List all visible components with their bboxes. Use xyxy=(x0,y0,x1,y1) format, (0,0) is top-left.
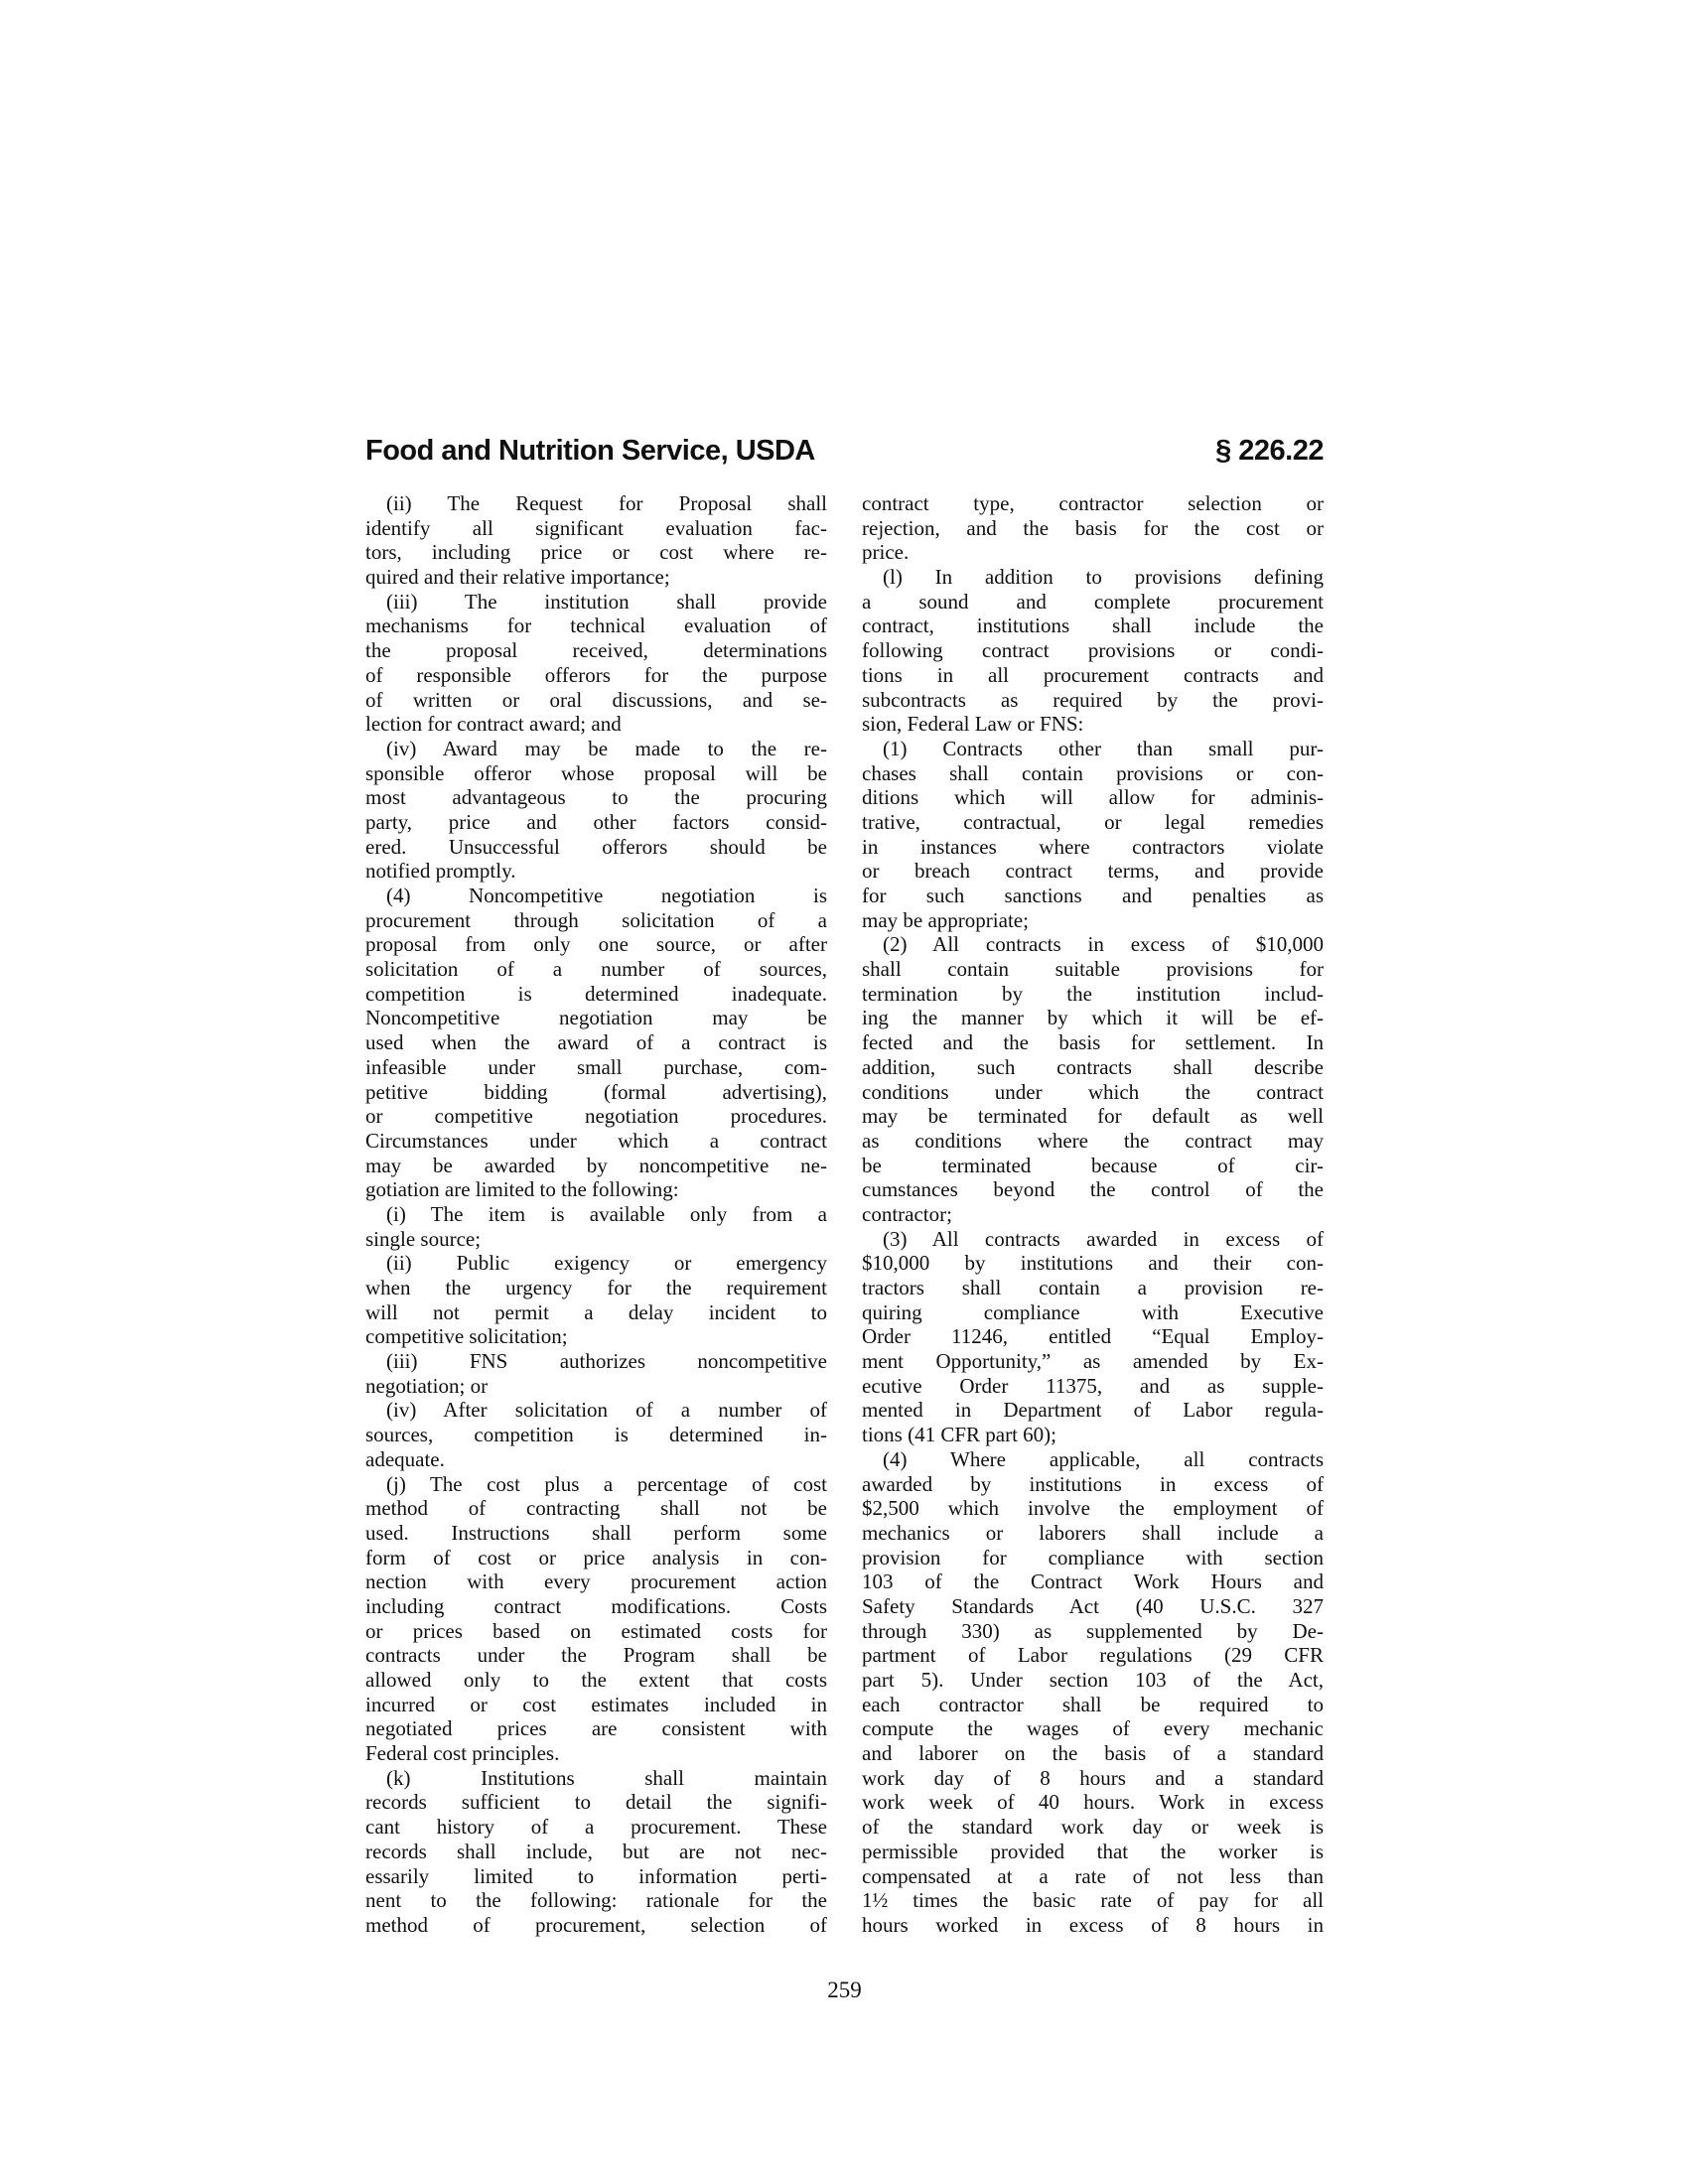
text-line: tions (41 CFR part 60); xyxy=(862,1423,1324,1447)
paragraph: (2) All contracts in excess of $10,000sh… xyxy=(862,932,1324,1226)
text-line: Order 11246, entitled “Equal Employ- xyxy=(862,1324,1324,1349)
text-line: in instances where contractors violate xyxy=(862,835,1324,860)
text-line: sponsible offeror whose proposal will be xyxy=(365,761,827,786)
text-line: solicitation of a number of sources, xyxy=(365,957,827,982)
text-line: Noncompetitive negotiation may be xyxy=(365,1006,827,1030)
text-line: $2,500 which involve the employment of xyxy=(862,1496,1324,1521)
text-line: cumstances beyond the control of the xyxy=(862,1177,1324,1202)
paragraph: (ii) The Request for Proposal shallident… xyxy=(365,491,827,590)
text-line: tractors shall contain a provision re- xyxy=(862,1276,1324,1300)
text-line: $10,000 by institutions and their con- xyxy=(862,1251,1324,1276)
text-line: may be appropriate; xyxy=(862,908,1324,933)
text-line: mechanics or laborers shall include a xyxy=(862,1521,1324,1546)
text-line: conditions under which the contract xyxy=(862,1080,1324,1105)
paragraph: (i) The item is available only from asin… xyxy=(365,1202,827,1251)
paragraph: (k) Institutions shall maintainrecords s… xyxy=(365,1766,827,1938)
text-line: ered. Unsuccessful offerors should be xyxy=(365,835,827,860)
text-line: of responsible offerors for the purpose xyxy=(365,663,827,688)
text-line: Federal cost principles. xyxy=(365,1741,827,1766)
text-line: contract, institutions shall include the xyxy=(862,614,1324,638)
text-line: or prices based on estimated costs for xyxy=(365,1619,827,1644)
text-line: lection for contract award; and xyxy=(365,712,827,737)
text-line: proposal from only one source, or after xyxy=(365,932,827,957)
text-line: provision for compliance with section xyxy=(862,1546,1324,1570)
text-line: or breach contract terms, and provide xyxy=(862,859,1324,884)
paragraph: (iii) FNS authorizes noncompetitivenegot… xyxy=(365,1349,827,1398)
paragraph: contract type, contractor selection orre… xyxy=(862,491,1324,565)
paragraph: (iv) Award may be made to the re-sponsib… xyxy=(365,737,827,884)
text-line: termination by the institution includ- xyxy=(862,982,1324,1007)
text-line: as conditions where the contract may xyxy=(862,1129,1324,1154)
text-line: used. Instructions shall perform some xyxy=(365,1521,827,1546)
text-line: price. xyxy=(862,540,1324,565)
paragraph: (ii) Public exigency or emergencywhen th… xyxy=(365,1251,827,1349)
text-line: single source; xyxy=(365,1227,827,1252)
text-line: of the standard work day or week is xyxy=(862,1815,1324,1840)
text-line: trative, contractual, or legal remedies xyxy=(862,810,1324,835)
text-line: be terminated because of cir- xyxy=(862,1154,1324,1178)
text-line: form of cost or price analysis in con- xyxy=(365,1546,827,1570)
text-line: petitive bidding (formal advertising), xyxy=(365,1080,827,1105)
text-line: (k) Institutions shall maintain xyxy=(365,1766,827,1791)
text-line: work week of 40 hours. Work in excess xyxy=(862,1790,1324,1815)
document-page: Food and Nutrition Service, USDA § 226.2… xyxy=(0,0,1688,2184)
text-line: most advantageous to the procuring xyxy=(365,785,827,810)
paragraph: (4) Noncompetitive negotiation isprocure… xyxy=(365,884,827,1202)
text-line: a sound and complete procurement xyxy=(862,590,1324,614)
text-line: mechanisms for technical evaluation of xyxy=(365,614,827,638)
text-line: Safety Standards Act (40 U.S.C. 327 xyxy=(862,1594,1324,1619)
text-line: sion, Federal Law or FNS: xyxy=(862,712,1324,737)
text-line: the proposal received, determinations xyxy=(365,638,827,663)
text-line: quiring compliance with Executive xyxy=(862,1300,1324,1325)
text-line: compute the wages of every mechanic xyxy=(862,1716,1324,1741)
page-header: Food and Nutrition Service, USDA § 226.2… xyxy=(365,435,1324,468)
text-line: used when the award of a contract is xyxy=(365,1030,827,1055)
text-line: contract type, contractor selection or xyxy=(862,491,1324,516)
text-line: mented in Department of Labor regula- xyxy=(862,1398,1324,1423)
text-line: infeasible under small purchase, com- xyxy=(365,1055,827,1080)
text-line: (2) All contracts in excess of $10,000 xyxy=(862,932,1324,957)
text-line: notified promptly. xyxy=(365,859,827,884)
text-line: permissible provided that the worker is xyxy=(862,1840,1324,1864)
text-line: incurred or cost estimates included in xyxy=(365,1693,827,1717)
text-line: awarded by institutions in excess of xyxy=(862,1472,1324,1497)
text-line: addition, such contracts shall describe xyxy=(862,1055,1324,1080)
paragraph: (iv) After solicitation of a number ofso… xyxy=(365,1398,827,1471)
text-line: ing the manner by which it will be ef- xyxy=(862,1006,1324,1030)
paragraph: (l) In addition to provisions defininga … xyxy=(862,565,1324,737)
text-line: following contract provisions or condi- xyxy=(862,638,1324,663)
text-line: procurement through solicitation of a xyxy=(365,908,827,933)
paragraph: (4) Where applicable, all contractsaward… xyxy=(862,1447,1324,1938)
column-right: contract type, contractor selection orre… xyxy=(862,491,1324,1938)
text-line: for such sanctions and penalties as xyxy=(862,884,1324,908)
text-line: identify all significant evaluation fac- xyxy=(365,516,827,541)
text-line: shall contain suitable provisions for xyxy=(862,957,1324,982)
text-line: tors, including price or cost where re- xyxy=(365,540,827,565)
page-number: 259 xyxy=(365,1978,1324,2003)
text-line: ment Opportunity,” as amended by Ex- xyxy=(862,1349,1324,1374)
text-line: party, price and other factors consid- xyxy=(365,810,827,835)
text-line: (j) The cost plus a percentage of cost xyxy=(365,1472,827,1497)
text-line: contractor; xyxy=(862,1202,1324,1227)
text-line: (iv) After solicitation of a number of xyxy=(365,1398,827,1423)
column-left: (ii) The Request for Proposal shallident… xyxy=(365,491,827,1938)
text-line: (i) The item is available only from a xyxy=(365,1202,827,1227)
text-line: hours worked in excess of 8 hours in xyxy=(862,1913,1324,1938)
text-line: of written or oral discussions, and se- xyxy=(365,688,827,713)
text-line: chases shall contain provisions or con- xyxy=(862,761,1324,786)
text-line: records shall include, but are not nec- xyxy=(365,1840,827,1864)
text-line: will not permit a delay incident to xyxy=(365,1300,827,1325)
text-line: (iii) FNS authorizes noncompetitive xyxy=(365,1349,827,1374)
paragraph: (iii) The institution shall providemecha… xyxy=(365,590,827,737)
text-line: may be awarded by noncompetitive ne- xyxy=(365,1154,827,1178)
text-line: allowed only to the extent that costs xyxy=(365,1668,827,1693)
text-line: (ii) Public exigency or emergency xyxy=(365,1251,827,1276)
paragraph: (3) All contracts awarded in excess of$1… xyxy=(862,1227,1324,1447)
header-agency: Food and Nutrition Service, USDA xyxy=(365,435,815,468)
text-line: or competitive negotiation procedures. xyxy=(365,1104,827,1129)
text-line: (iv) Award may be made to the re- xyxy=(365,737,827,761)
text-line: ditions which will allow for adminis- xyxy=(862,785,1324,810)
paragraph: (j) The cost plus a percentage of costme… xyxy=(365,1472,827,1766)
text-line: (3) All contracts awarded in excess of xyxy=(862,1227,1324,1252)
text-line: Circumstances under which a contract xyxy=(365,1129,827,1154)
text-line: (ii) The Request for Proposal shall xyxy=(365,491,827,516)
text-line: quired and their relative importance; xyxy=(365,565,827,590)
text-line: fected and the basis for settlement. In xyxy=(862,1030,1324,1055)
header-section: § 226.22 xyxy=(1215,435,1324,468)
text-line: 1½ times the basic rate of pay for all xyxy=(862,1888,1324,1913)
text-line: compensated at a rate of not less than xyxy=(862,1864,1324,1889)
text-line: competition is determined inadequate. xyxy=(365,982,827,1007)
text-columns: (ii) The Request for Proposal shallident… xyxy=(365,491,1324,1938)
text-line: method of contracting shall not be xyxy=(365,1496,827,1521)
text-line: (4) Noncompetitive negotiation is xyxy=(365,884,827,908)
text-line: nent to the following: rationale for the xyxy=(365,1888,827,1913)
text-line: adequate. xyxy=(365,1447,827,1472)
text-line: gotiation are limited to the following: xyxy=(365,1177,827,1202)
text-line: (iii) The institution shall provide xyxy=(365,590,827,614)
text-line: tions in all procurement contracts and xyxy=(862,663,1324,688)
text-line: (4) Where applicable, all contracts xyxy=(862,1447,1324,1472)
paragraph: (1) Contracts other than small pur-chase… xyxy=(862,737,1324,933)
text-line: (1) Contracts other than small pur- xyxy=(862,737,1324,761)
text-line: ecutive Order 11375, and as supple- xyxy=(862,1374,1324,1399)
text-line: part 5). Under section 103 of the Act, xyxy=(862,1668,1324,1693)
text-line: records sufficient to detail the signifi… xyxy=(365,1790,827,1815)
text-line: negotiated prices are consistent with xyxy=(365,1716,827,1741)
text-line: subcontracts as required by the provi- xyxy=(862,688,1324,713)
text-line: including contract modifications. Costs xyxy=(365,1594,827,1619)
text-line: nection with every procurement action xyxy=(365,1570,827,1594)
text-line: may be terminated for default as well xyxy=(862,1104,1324,1129)
text-line: (l) In addition to provisions defining xyxy=(862,565,1324,590)
text-line: when the urgency for the requirement xyxy=(365,1276,827,1300)
text-line: contracts under the Program shall be xyxy=(365,1643,827,1668)
text-line: and laborer on the basis of a standard xyxy=(862,1741,1324,1766)
text-line: rejection, and the basis for the cost or xyxy=(862,516,1324,541)
text-line: partment of Labor regulations (29 CFR xyxy=(862,1643,1324,1668)
text-line: sources, competition is determined in- xyxy=(365,1423,827,1447)
text-line: 103 of the Contract Work Hours and xyxy=(862,1570,1324,1594)
text-line: competitive solicitation; xyxy=(365,1324,827,1349)
text-line: work day of 8 hours and a standard xyxy=(862,1766,1324,1791)
text-line: each contractor shall be required to xyxy=(862,1693,1324,1717)
text-line: negotiation; or xyxy=(365,1374,827,1399)
text-line: cant history of a procurement. These xyxy=(365,1815,827,1840)
text-line: method of procurement, selection of xyxy=(365,1913,827,1938)
text-line: essarily limited to information perti- xyxy=(365,1864,827,1889)
text-line: through 330) as supplemented by De- xyxy=(862,1619,1324,1644)
